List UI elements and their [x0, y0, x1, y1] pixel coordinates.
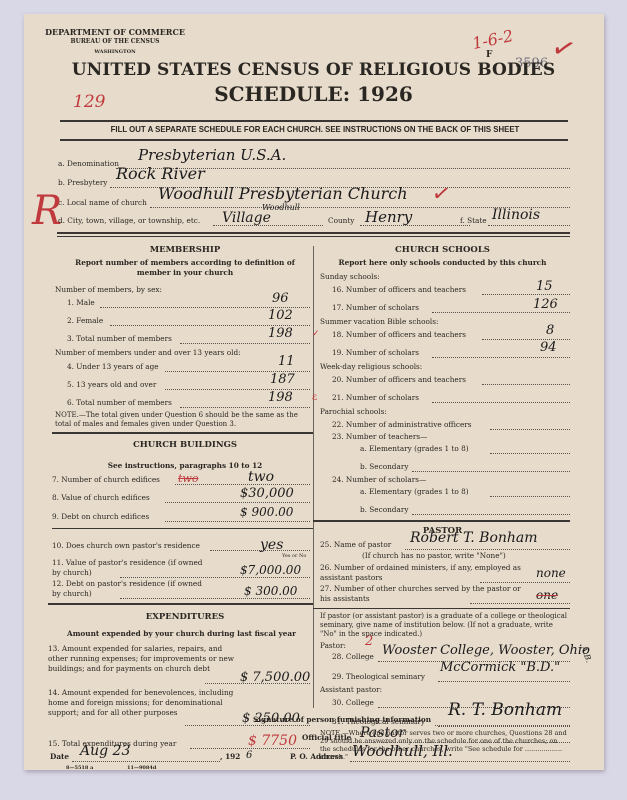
- seminary-label: 29. Theological seminary: [332, 672, 425, 681]
- residence-debt-value[interactable]: $ 300.00: [244, 584, 297, 598]
- ss-scholars-line: [432, 312, 570, 313]
- teachers-elementary-label: a. Elementary (grades 1 to 8): [360, 444, 469, 453]
- other-churches-label: 27. Number of other churches served by t…: [320, 584, 525, 604]
- scholars-elementary-label: a. Elementary (grades 1 to 8): [360, 487, 469, 496]
- department-name: DEPARTMENT OF COMMERCE: [40, 27, 190, 37]
- total-members-value[interactable]: 198: [268, 326, 293, 341]
- buildings-subheading: See instructions, paragraphs 10 to 12: [57, 461, 313, 470]
- assistant-pastor-label: Assistant pastor:: [320, 685, 382, 694]
- column-divider: [313, 246, 314, 708]
- svbs-scholars-label: 19. Number of scholars: [332, 348, 419, 357]
- fill-out-instruction: FILL OUT A SEPARATE SCHEDULE FOR EACH CH…: [80, 124, 549, 134]
- pastor-name-line: [405, 549, 570, 550]
- female-value[interactable]: 102: [268, 308, 293, 323]
- divider: [57, 236, 570, 237]
- edifices-value-label: 8. Value of church edifices: [52, 493, 150, 502]
- pastor-red-mark: 2: [365, 634, 373, 649]
- total-members-label: 3. Total number of members: [67, 334, 172, 343]
- county-label: County: [328, 216, 354, 225]
- ss-scholars-label: 17. Number of scholars: [332, 303, 419, 312]
- po-address-line: [350, 761, 570, 762]
- over-13-label: 5. 13 years old and over: [67, 380, 156, 389]
- denomination-label: a. Denomination: [58, 159, 119, 168]
- residence-debt-label: 12. Debt on pastor's residence (if owned…: [52, 579, 212, 599]
- wd-officers-label: 20. Number of officers and teachers: [332, 375, 466, 384]
- expenditures-subheading: Amount expended by your church during la…: [50, 629, 313, 638]
- divider: [313, 608, 570, 609]
- state-label: f. State: [460, 216, 487, 225]
- state-value[interactable]: Illinois: [492, 207, 540, 223]
- residence-value-label: 11. Value of pastor's residence (if owne…: [52, 558, 212, 578]
- scholars-secondary-label: b. Secondary: [360, 505, 408, 514]
- official-title-label: Official title: [302, 733, 351, 742]
- divider: [52, 528, 313, 529]
- edifices-debt-label: 9. Debt on church edifices: [52, 512, 149, 521]
- edifices-count-struck: two: [178, 472, 198, 485]
- female-label: 2. Female: [67, 316, 103, 325]
- edifices-debt-value[interactable]: $ 900.00: [240, 505, 293, 519]
- age-label: Number of members under and over 13 year…: [55, 348, 241, 357]
- running-expenses-value[interactable]: $ 7,500.00: [240, 670, 310, 685]
- wd-officers-line: [482, 384, 570, 385]
- form-code-2: 11—9084d: [127, 765, 156, 771]
- ss-scholars-value[interactable]: 126: [533, 297, 558, 312]
- yes-no-hint: Yes or No: [282, 553, 306, 559]
- scholars-label: 24. Number of scholars—: [332, 475, 426, 484]
- red-number: 129: [73, 92, 105, 112]
- local-name-value[interactable]: Woodhull Presbyterian Church: [158, 184, 408, 203]
- divider: [52, 432, 313, 434]
- red-tick-icon: ✓: [312, 329, 320, 339]
- presbytery-value[interactable]: Rock River: [116, 164, 205, 183]
- wd-scholars-line: [432, 402, 570, 403]
- total-members-2-line: [180, 407, 310, 408]
- total-members-line: [180, 343, 310, 344]
- edifices-count-value[interactable]: two: [248, 469, 274, 485]
- by-sex-label: Number of members, by sex:: [55, 285, 162, 294]
- sunday-schools-title: Sunday schools:: [320, 272, 380, 281]
- assistants-label: 26. Number of ordained ministers, if any…: [320, 563, 525, 583]
- form-title: UNITED STATES CENSUS OF RELIGIOUS BODIES: [0, 60, 627, 80]
- teachers-secondary-line: [412, 471, 570, 472]
- red-mark-icon: ɛ: [312, 392, 317, 403]
- pastor-name-label: 25. Name of pastor: [320, 540, 391, 549]
- owns-residence-value[interactable]: yes: [260, 537, 283, 553]
- under-13-label: 4. Under 13 years of age: [67, 362, 159, 371]
- teachers-secondary-label: b. Secondary: [360, 462, 408, 471]
- scholars-secondary-line: [412, 514, 570, 515]
- running-expenses-label: 13. Amount expended for salaries, repair…: [48, 644, 238, 674]
- svbs-officers-label: 18. Number of officers and teachers: [332, 330, 466, 339]
- edifices-count-label: 7. Number of church edifices: [52, 475, 160, 484]
- divider: [57, 232, 570, 234]
- county-value[interactable]: Henry: [365, 208, 412, 226]
- membership-subheading: Report number of members according to de…: [70, 258, 300, 278]
- city-value-above[interactable]: Woodhull: [262, 203, 300, 212]
- other-churches-value[interactable]: one: [536, 588, 558, 602]
- total-members-2-value[interactable]: 198: [268, 390, 293, 405]
- college-label: 28. College: [332, 652, 374, 661]
- asst-seminary-line: [438, 726, 570, 727]
- other-churches-line: [470, 603, 570, 604]
- seminary-line: [438, 681, 570, 682]
- form-letter: F: [486, 50, 492, 60]
- divider: [60, 139, 568, 141]
- parochial-schools-title: Parochial schools:: [320, 407, 387, 416]
- divider: [313, 520, 570, 522]
- svbs-officers-value[interactable]: 8: [546, 323, 554, 338]
- city-label: d. City, town, village, or township, etc…: [58, 216, 200, 225]
- edifices-value-value[interactable]: $30,000: [240, 486, 294, 501]
- admin-officers-line: [490, 429, 570, 430]
- expenditures-heading: EXPENDITURES: [57, 612, 313, 622]
- admin-officers-label: 22. Number of administrative officers: [332, 420, 472, 429]
- po-address-label: P. O. Address: [290, 752, 343, 761]
- ss-officers-line: [482, 294, 570, 295]
- year-prefix: , 192: [220, 752, 240, 761]
- city-value[interactable]: Village: [222, 210, 271, 226]
- pastor-name-value[interactable]: Robert T. Bonham: [410, 530, 538, 546]
- under-13-value[interactable]: 11: [278, 354, 295, 369]
- year-suffix[interactable]: 6: [246, 750, 252, 761]
- buildings-heading: CHURCH BUILDINGS: [57, 440, 313, 450]
- summer-schools-title: Summer vacation Bible schools:: [320, 317, 438, 326]
- teachers-elementary-line: [490, 453, 570, 454]
- signature-label: Signature of person furnishing informati…: [253, 715, 431, 724]
- date-line: [72, 761, 220, 762]
- graduate-note: If pastor (or assistant pastor) is a gra…: [320, 612, 570, 639]
- ss-officers-label: 16. Number of officers and teachers: [332, 285, 466, 294]
- college-value[interactable]: Wooster College, Wooster, Ohio: [382, 643, 590, 658]
- date-label: Date: [50, 752, 69, 761]
- state-line: [488, 225, 570, 226]
- asst-college-label: 30. College: [332, 698, 374, 707]
- male-label: 1. Male: [67, 298, 95, 307]
- owns-residence-label: 10. Does church own pastor's residence: [52, 541, 200, 550]
- date-value[interactable]: Aug 23: [80, 743, 130, 759]
- svbs-scholars-line: [432, 357, 570, 358]
- church-schools-subheading: Report here only schools conducted by th…: [315, 258, 570, 267]
- benevolences-label: 14. Amount expended for benevolences, in…: [48, 688, 238, 718]
- presbytery-label: b. Presbytery: [58, 178, 107, 187]
- denomination-value[interactable]: Presbyterian U.S.A.: [138, 146, 286, 164]
- assistants-value[interactable]: none: [536, 566, 566, 580]
- wd-scholars-label: 21. Number of scholars: [332, 393, 419, 402]
- assistants-line: [480, 582, 570, 583]
- total-expenditures-value[interactable]: $ 7750: [248, 733, 297, 749]
- pastor-label: Pastor:: [320, 641, 346, 650]
- male-value[interactable]: 96: [272, 291, 289, 306]
- membership-heading: MEMBERSHIP: [57, 245, 313, 255]
- residence-value-line: [120, 577, 310, 578]
- po-address-value[interactable]: Woodhull, Ill.: [352, 742, 453, 760]
- department-header: DEPARTMENT OF COMMERCE BUREAU OF THE CEN…: [40, 27, 190, 57]
- divider: [60, 120, 568, 122]
- edifices-debt-line: [165, 521, 310, 522]
- svbs-officers-line: [482, 339, 570, 340]
- weekday-schools-title: Week-day religious schools:: [320, 362, 422, 371]
- official-title-value[interactable]: Pastor: [360, 725, 405, 741]
- membership-note: NOTE.—The total given under Question 6 s…: [55, 411, 311, 429]
- local-name-label: c. Local name of church: [58, 198, 147, 207]
- scholars-elementary-line: [490, 496, 570, 497]
- ss-officers-value[interactable]: 15: [536, 279, 553, 294]
- seminary-value[interactable]: McCormick "B.D.": [440, 660, 560, 675]
- red-side-mark: R: [32, 188, 62, 234]
- bureau-name: BUREAU OF THE CENSUS: [40, 37, 190, 47]
- teachers-label: 23. Number of teachers—: [332, 432, 427, 441]
- over-13-value[interactable]: 187: [270, 372, 295, 387]
- total-members-2-label: 6. Total number of members: [67, 398, 172, 407]
- pastor-name-hint: (If church has no pastor, write "None"): [362, 551, 506, 560]
- residence-value-value[interactable]: $7,000.00: [240, 563, 301, 577]
- church-schools-heading: CHURCH SCHOOLS: [315, 245, 570, 255]
- bureau-city: WASHINGTON: [40, 47, 190, 57]
- residence-debt-line: [120, 598, 310, 599]
- signature-line: [435, 725, 570, 726]
- form-code-1: 8—5518 a: [66, 765, 93, 771]
- divider: [48, 603, 313, 605]
- signature-value[interactable]: R. T. Bonham: [448, 700, 562, 720]
- svbs-scholars-value[interactable]: 94: [540, 340, 557, 355]
- edifices-value-line: [165, 502, 310, 503]
